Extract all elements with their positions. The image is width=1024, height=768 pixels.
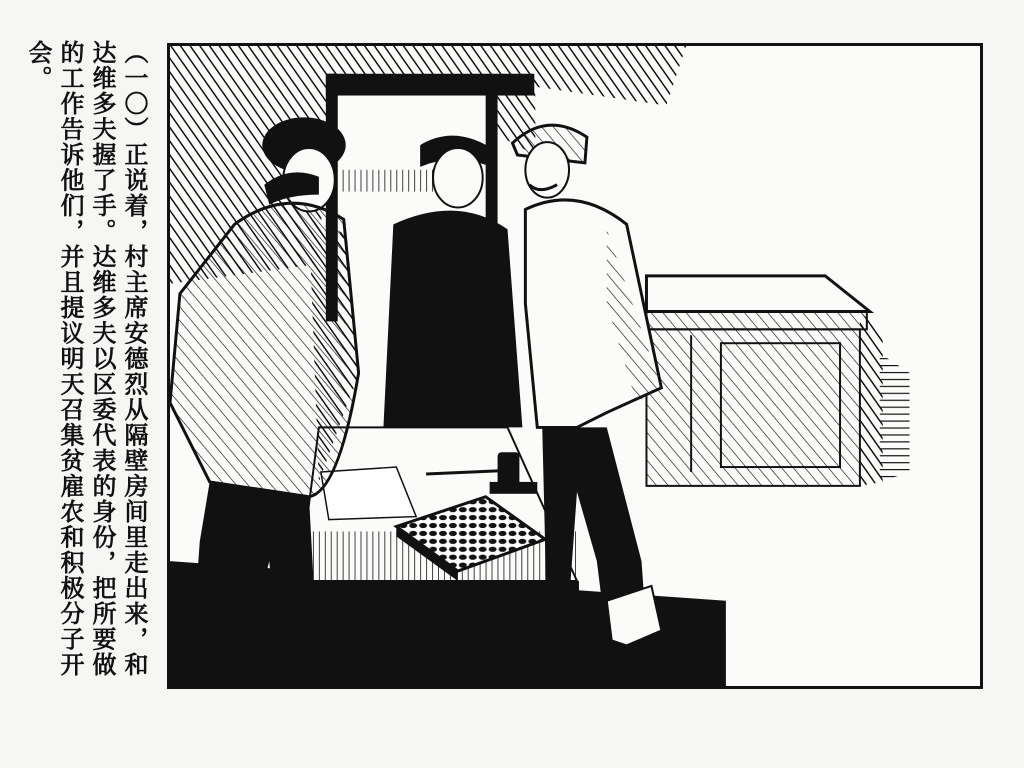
ink-bottle: [498, 452, 520, 487]
illustration-scene: [170, 46, 980, 686]
caption-text: （一〇）正说着，村主席安德烈从隔壁房间里走出来，和达维多夫握了手。达维多夫以区委…: [22, 40, 150, 700]
illustration-panel: [167, 43, 983, 689]
caption-number: （一〇）: [120, 40, 149, 142]
wooden-chest: [646, 276, 909, 486]
table: [299, 427, 579, 680]
